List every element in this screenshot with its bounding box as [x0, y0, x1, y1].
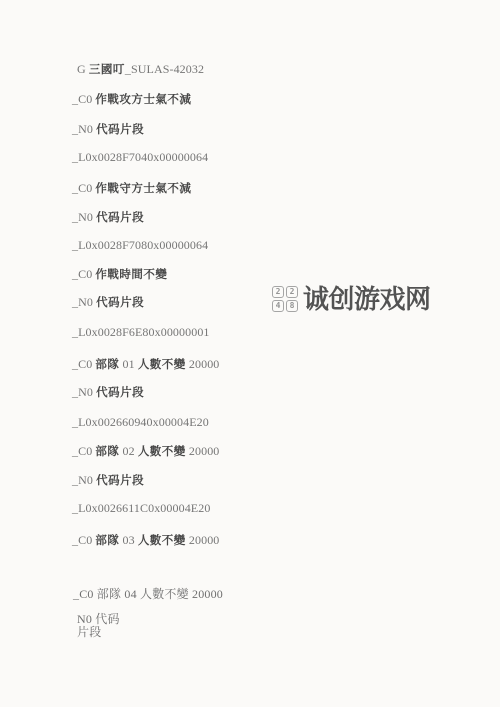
code-label-line: _N0 代码片段: [72, 385, 144, 400]
text-segment: _L0x0026611C0x00004E20: [72, 501, 210, 515]
text-segment: 部隊: [95, 535, 119, 547]
code-value-line: _L0x0028F7040x00000064: [72, 150, 208, 164]
code-value-line: _L0x0028F6E80x00000001: [72, 325, 210, 339]
text-segment: 作戰時間不變: [95, 269, 167, 281]
cheat-name-line: _C0 作戰攻方士氣不減: [72, 92, 191, 107]
text-segment: _C0: [72, 533, 95, 547]
text-segment: 20000: [186, 444, 220, 458]
code-value-line: _L0x002660940x00004E20: [72, 415, 209, 429]
text-segment: 代码片段: [96, 124, 144, 136]
code-value-line: _L0x0026611C0x00004E20: [72, 501, 210, 515]
text-segment: G: [77, 62, 89, 76]
text-segment: _C0 部隊 04 人數不變 20000: [73, 587, 223, 601]
text-segment: _N0: [72, 210, 96, 224]
text-segment: _SULAS-42032: [125, 62, 204, 76]
logo-digit: 4: [272, 300, 284, 312]
text-segment: 20000: [186, 357, 220, 371]
cheat-name-line: _C0 部隊 01 人數不變 20000: [72, 357, 219, 372]
text-segment: 部隊: [95, 446, 119, 458]
text-segment: _N0: [72, 473, 96, 487]
text-segment: _C0: [72, 267, 95, 281]
text-segment: N0 代码: [77, 612, 120, 626]
code-label-line: _N0 代码片段: [72, 122, 144, 137]
text-segment: _C0: [72, 181, 95, 195]
text-segment: 人數不變: [138, 535, 186, 547]
text-segment: _N0: [72, 295, 96, 309]
text-segment: 人數不變: [138, 359, 186, 371]
text-segment: _N0: [72, 385, 96, 399]
logo-digit: 8: [286, 300, 298, 312]
cheat-name-line: _C0 作戰時間不變: [72, 267, 167, 282]
cheat-code-document: G 三國叮_SULAS-42032_C0 作戰攻方士氣不減_N0 代码片段_L0…: [0, 0, 500, 707]
logo-digit: 2: [272, 286, 284, 298]
text-segment: 三國叮: [89, 64, 125, 76]
text-segment: 03: [119, 533, 137, 547]
text-segment: 02: [119, 444, 137, 458]
site-name: 诚创游戏网: [303, 284, 431, 314]
text-segment: _C0: [72, 444, 95, 458]
text-segment: 代码片段: [96, 475, 144, 487]
text-segment: _C0: [72, 357, 95, 371]
text-segment: 代码片段: [96, 212, 144, 224]
code-value-line: _L0x0028F7080x00000064: [72, 238, 208, 252]
code-label-line: _N0 代码片段: [72, 210, 144, 225]
text-segment: 代码片段: [96, 387, 144, 399]
cheat-name-line: _C0 部隊 04 人數不變 20000: [73, 587, 223, 601]
text-segment: _N0: [72, 122, 96, 136]
text-segment: _L0x0028F7080x00000064: [72, 238, 208, 252]
text-segment: 片段: [77, 625, 101, 639]
game-title-line: G 三國叮_SULAS-42032: [77, 62, 204, 77]
code-label-line: N0 代码: [77, 612, 120, 626]
text-segment: _C0: [72, 92, 95, 106]
cheat-name-line: _C0 部隊 02 人數不變 20000: [72, 444, 219, 459]
text-segment: _L0x002660940x00004E20: [72, 415, 209, 429]
text-segment: 01: [119, 357, 137, 371]
text-segment: 作戰攻方士氣不減: [95, 94, 191, 106]
2248-logo: 2 2 4 8: [272, 286, 298, 312]
text-segment: 部隊: [95, 359, 119, 371]
text-segment: 作戰守方士氣不減: [95, 183, 191, 195]
code-label-line: _N0 代码片段: [72, 473, 144, 488]
logo-digit: 2: [286, 286, 298, 298]
cheat-name-line: _C0 作戰守方士氣不減: [72, 181, 191, 196]
text-segment: 20000: [186, 533, 220, 547]
code-label-line: 片段: [77, 625, 101, 639]
site-watermark: 2 2 4 8 诚创游戏网: [272, 284, 431, 314]
text-segment: 人數不變: [138, 446, 186, 458]
cheat-name-line: _C0 部隊 03 人數不變 20000: [72, 533, 219, 548]
text-segment: _L0x0028F7040x00000064: [72, 150, 208, 164]
text-segment: 代码片段: [96, 297, 144, 309]
text-segment: _L0x0028F6E80x00000001: [72, 325, 210, 339]
code-label-line: _N0 代码片段: [72, 295, 144, 310]
